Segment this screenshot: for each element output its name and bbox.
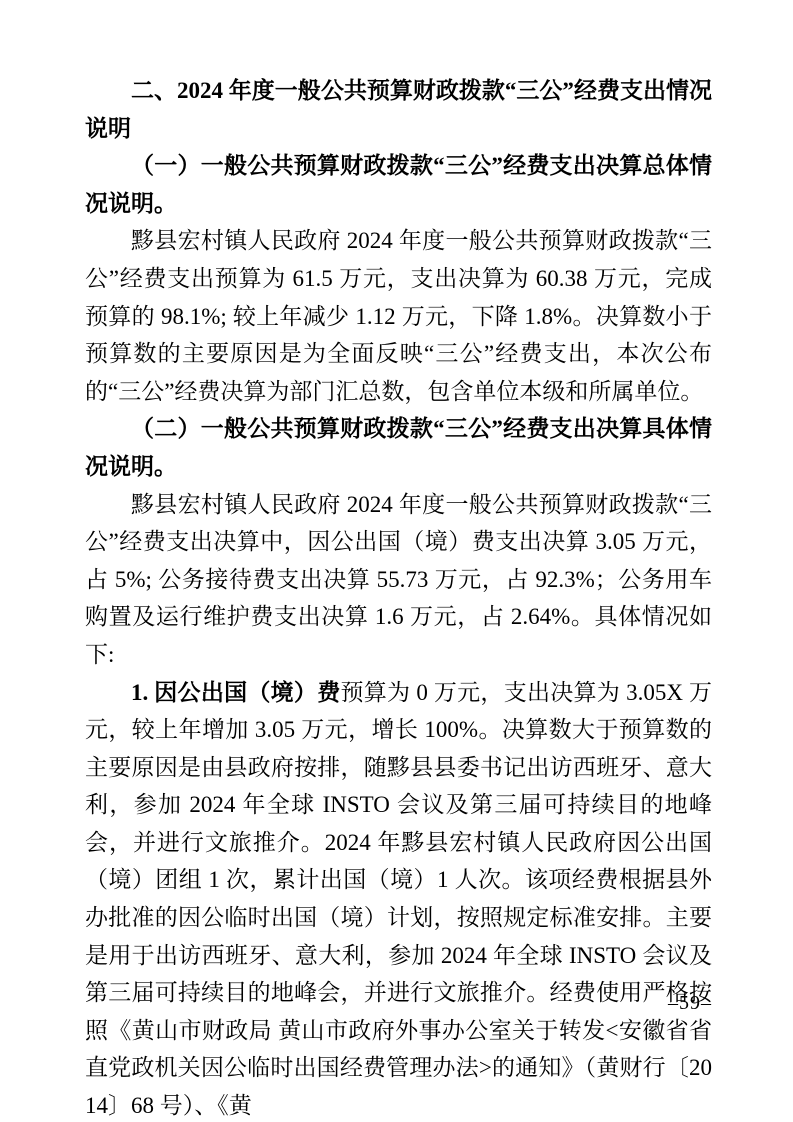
page-number: –59–	[668, 990, 712, 1016]
document-page: 二、2024 年度一般公共预算财政拨款“三公”经费支出情况说明 （一）一般公共预…	[0, 0, 793, 1122]
paragraph-overall-summary: 黟县宏村镇人民政府 2024 年度一般公共预算财政拨款“三公”经费支出预算为 6…	[85, 222, 712, 410]
section-heading: 二、2024 年度一般公共预算财政拨款“三公”经费支出情况说明	[85, 72, 712, 147]
document-text-block: 二、2024 年度一般公共预算财政拨款“三公”经费支出情况说明 （一）一般公共预…	[85, 72, 712, 1122]
subsection-1-heading: （一）一般公共预算财政拨款“三公”经费支出决算总体情况说明。	[85, 147, 712, 222]
item-1-bold-label: 1. 因公出国（境）费	[131, 680, 340, 705]
paragraph-item-1-abroad-expense: 1. 因公出国（境）费预算为 0 万元，支出决算为 3.05X 万元，较上年增加…	[85, 674, 712, 1122]
subsection-2-heading: （二）一般公共预算财政拨款“三公”经费支出决算具体情况说明。	[85, 410, 712, 485]
paragraph-detail-summary: 黟县宏村镇人民政府 2024 年度一般公共预算财政拨款“三公”经费支出决算中，因…	[85, 486, 712, 674]
item-1-body-text: 预算为 0 万元，支出决算为 3.05X 万元，较上年增加 3.05 万元，增长…	[85, 680, 712, 1119]
